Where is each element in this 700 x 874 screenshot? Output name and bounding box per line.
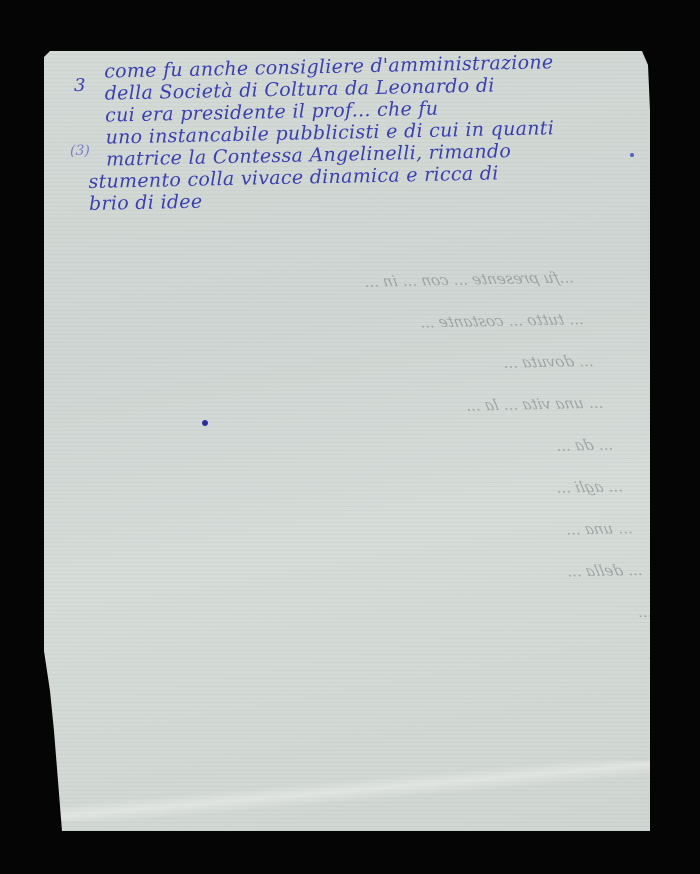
- ink-dot: [630, 153, 634, 157]
- manuscript-page: ...fu presente ... con ... in ... ... tu…: [42, 51, 650, 831]
- ink-blot: [202, 420, 208, 426]
- handwritten-text: come fu anche consigliere d'amministrazi…: [86, 49, 649, 215]
- margin-side-note: ...: [25, 620, 39, 636]
- page-margin-number: 3: [74, 75, 85, 96]
